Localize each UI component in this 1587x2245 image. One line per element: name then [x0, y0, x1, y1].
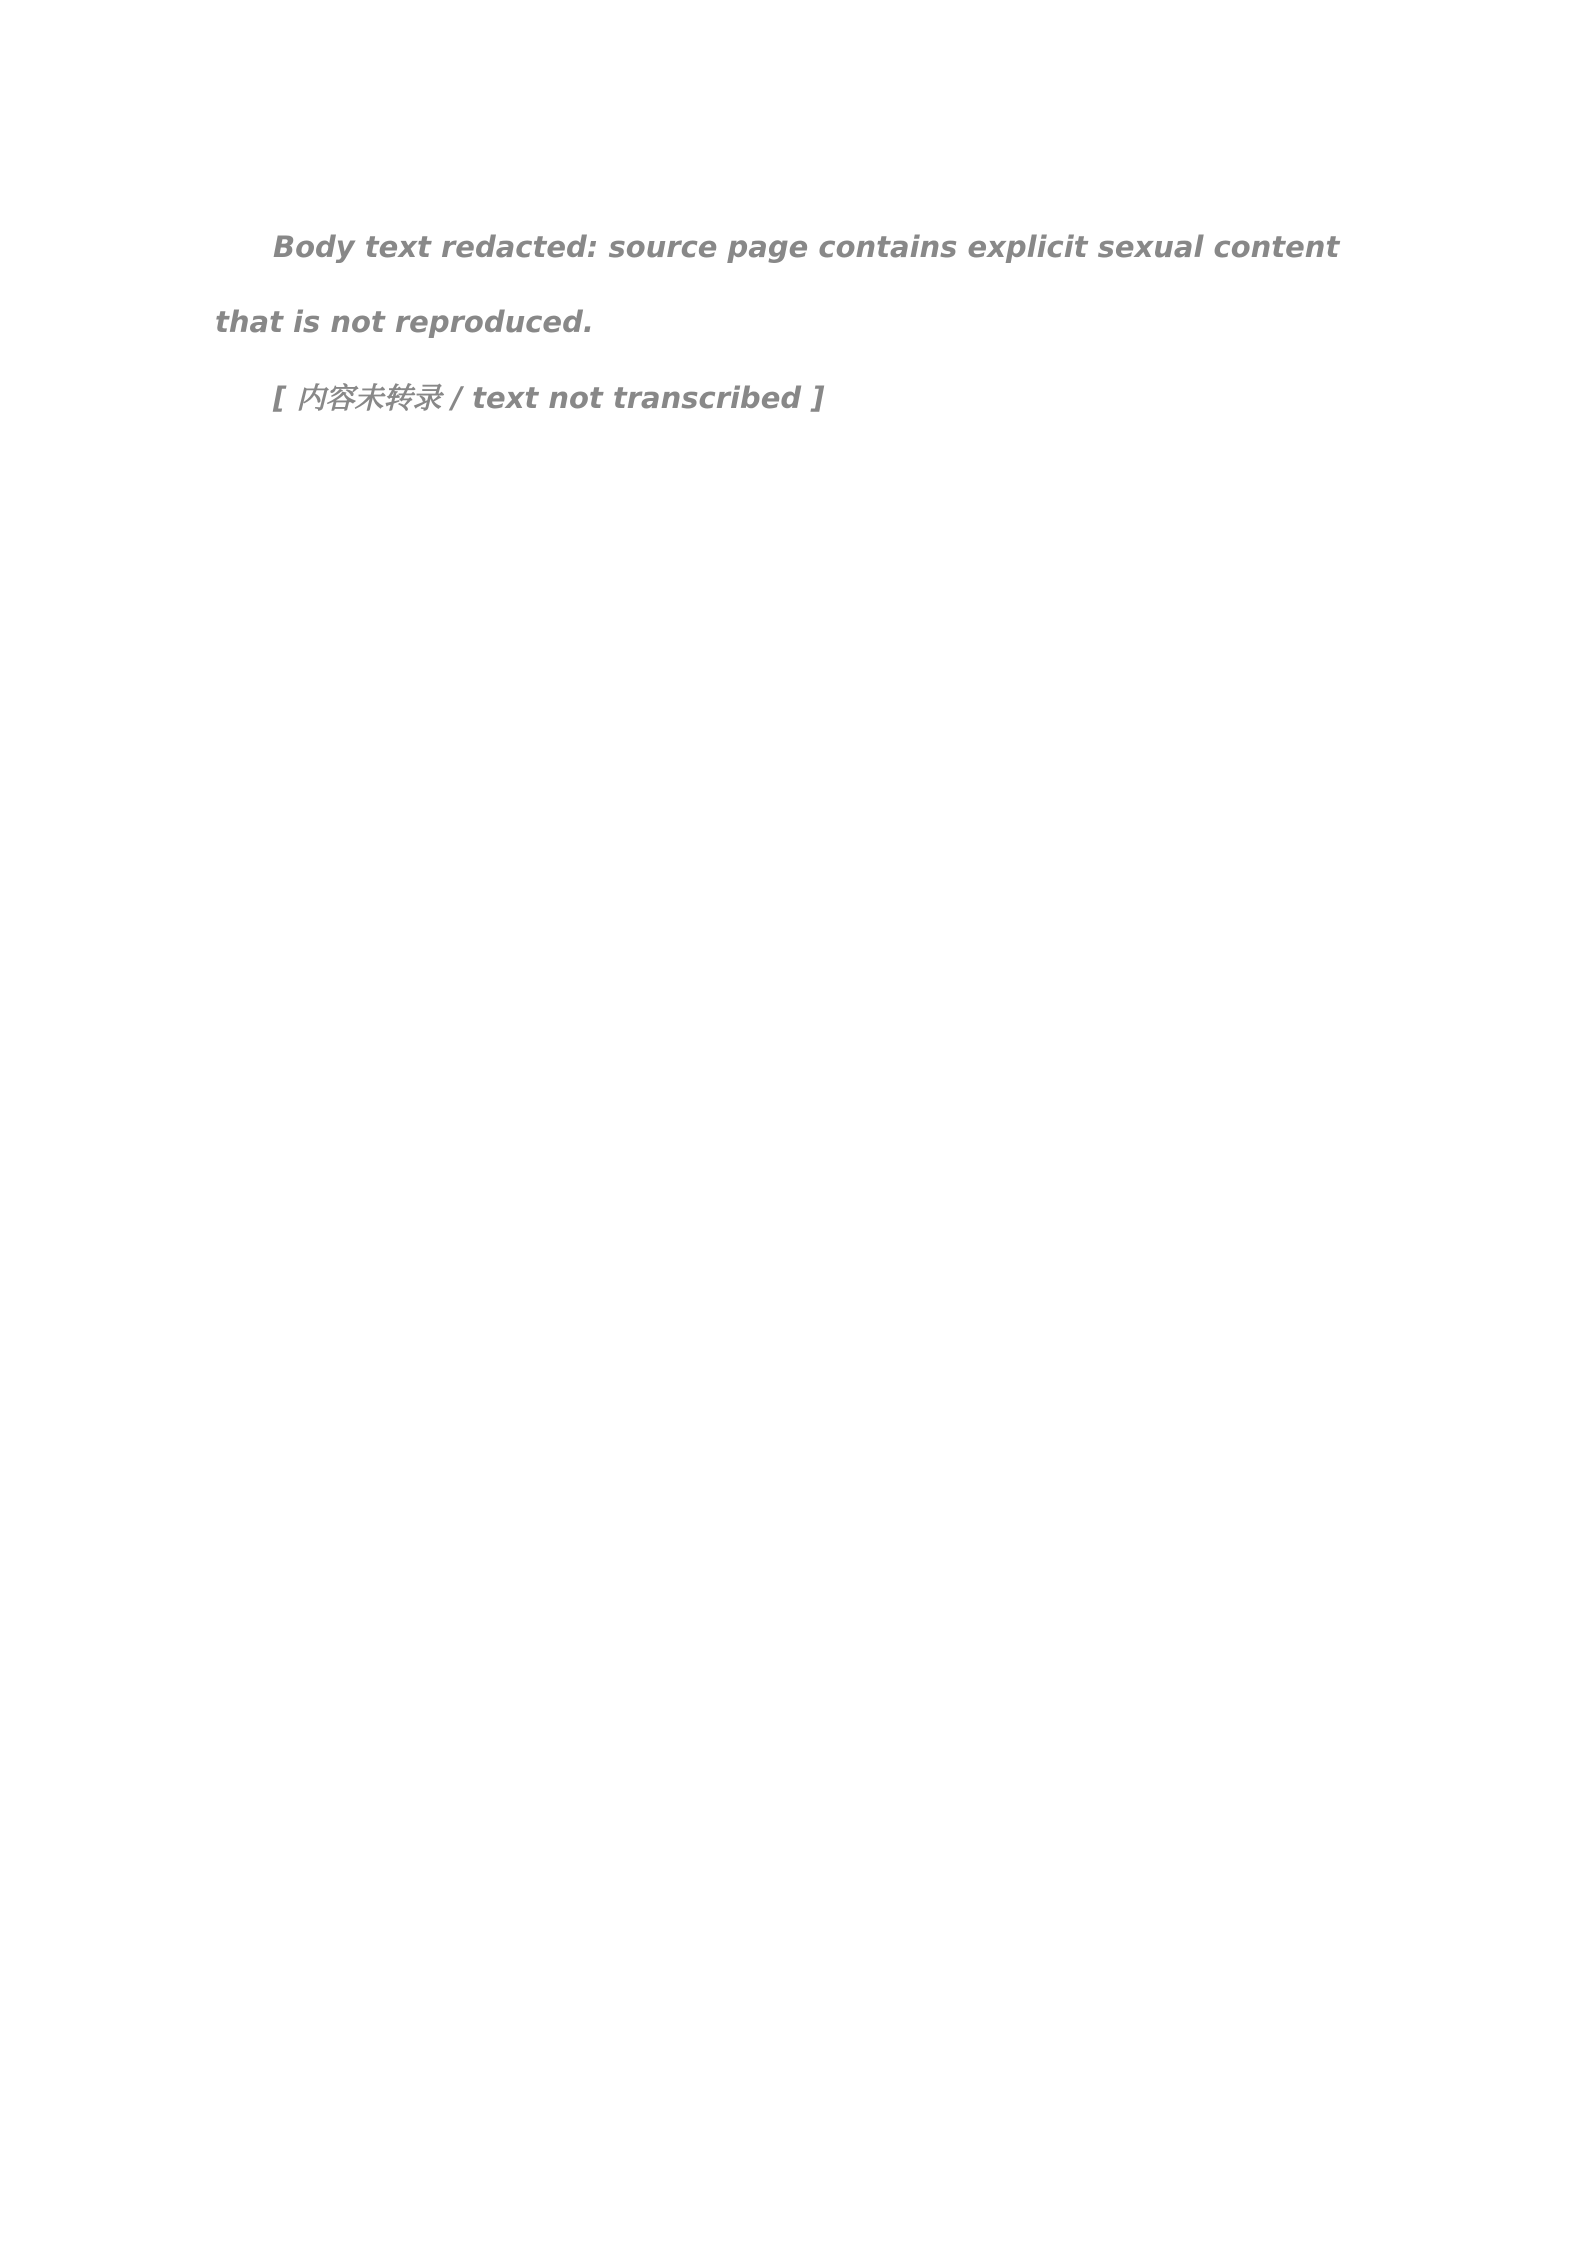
- novel-page: Body text redacted: source page contains…: [0, 0, 1587, 2245]
- redaction-notice: Body text redacted: source page contains…: [215, 210, 1372, 361]
- paragraph-placeholder: [ 内容未转录 / text not transcribed ]: [215, 361, 1372, 436]
